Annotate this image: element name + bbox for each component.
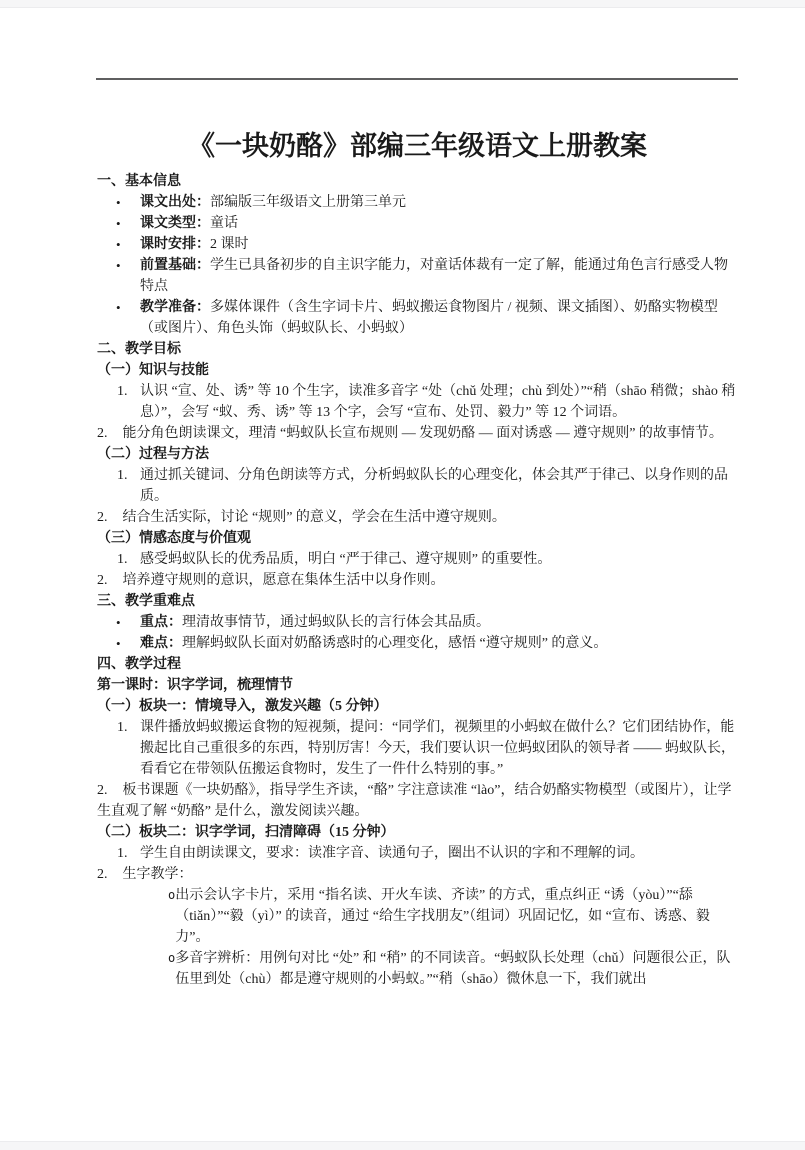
item-number: 2.: [97, 426, 108, 441]
bullet-item-materials: • 教学准备：多媒体课件（含生字词卡片、蚂蚁搬运食物图片 / 视频、课文插图）、…: [97, 297, 738, 339]
item-text: 结合生活实际，讨论 “规则” 的意义，学会在生活中遵守规则。: [123, 510, 506, 525]
circle-bullet-icon: o: [97, 948, 175, 990]
bullet-icon: •: [97, 234, 140, 255]
numbered-item-values-1: 1. 感受蚂蚁队长的优秀品质，明白 “严于律己、遵守规则” 的重要性。: [97, 549, 738, 570]
bullet-text: 课文出处：部编版三年级语文上册第三单元: [140, 192, 738, 213]
numbered-item-methods-1: 1. 通过抓关键词、分角色朗读等方式，分析蚂蚁队长的心理变化，体会其严于律己、以…: [97, 465, 738, 507]
bullet-text: 课文类型：童话: [140, 213, 738, 234]
bullet-item-source: • 课文出处：部编版三年级语文上册第三单元: [97, 192, 738, 213]
numbered-item-block1-1: 1. 课件播放蚂蚁搬运食物的短视频，提问：“同学们，视频里的小蚂蚁在做什么？它们…: [97, 717, 738, 780]
numbered-item-methods-2: 2.结合生活实际，讨论 “规则” 的意义，学会在生活中遵守规则。: [97, 507, 738, 528]
item-value: 理解蚂蚁队长面对奶酪诱惑时的心理变化，感悟 “遵守规则” 的意义。: [182, 636, 607, 651]
bullet-item-type: • 课文类型：童话: [97, 213, 738, 234]
item-text: 通过抓关键词、分角色朗读等方式，分析蚂蚁队长的心理变化，体会其严于律己、以身作则…: [140, 465, 738, 507]
item-number: 1.: [117, 381, 140, 423]
bullet-icon: •: [97, 612, 140, 633]
item-number: 2.: [97, 783, 108, 798]
numbered-item-values-2: 2.培养遵守规则的意识，愿意在集体生活中以身作则。: [97, 570, 738, 591]
item-text: 能分角色朗读课文，理清 “蚂蚁队长宣布规则 — 发现奶酪 — 面对诱惑 — 遵守…: [123, 426, 723, 441]
bullet-icon: •: [97, 255, 140, 297]
header-divider: [96, 78, 738, 80]
item-label: 前置基础：: [140, 258, 210, 273]
item-label: 难点：: [140, 636, 182, 651]
numbered-item-block1-2: 2.板书课题《一块奶酪》，指导学生齐读，“酪” 字注意读准 “lào”，结合奶酪…: [97, 780, 738, 822]
document-page: 《一块奶酪》部编三年级语文上册教案 一、基本信息 • 课文出处：部编版三年级语文…: [0, 0, 805, 1150]
section-heading-keypoints: 三、教学重难点: [97, 591, 738, 612]
block1-heading: （一）板块一：情境导入，激发兴趣（5 分钟）: [97, 696, 738, 717]
item-value: 多媒体课件（含生字词卡片、蚂蚁搬运食物图片 / 视频、课文插图）、奶酪实物模型（…: [140, 300, 718, 336]
bullet-item-key-point: • 重点：理清故事情节，通过蚂蚁队长的言行体会其品质。: [97, 612, 738, 633]
bullet-icon: •: [97, 192, 140, 213]
section-heading-goals: 二、教学目标: [97, 339, 738, 360]
bullet-item-prerequisite: • 前置基础：学生已具备初步的自主识字能力，对童话体裁有一定了解，能通过角色言行…: [97, 255, 738, 297]
item-number: 2.: [97, 573, 108, 588]
section-heading-basic-info: 一、基本信息: [97, 171, 738, 192]
numbered-item-block2-1: 1. 学生自由朗读课文，要求：读准字音、读通句子，圈出不认识的字和不理解的词。: [97, 843, 738, 864]
bullet-text: 难点：理解蚂蚁队长面对奶酪诱惑时的心理变化，感悟 “遵守规则” 的意义。: [140, 633, 738, 654]
item-number: 1.: [117, 843, 140, 864]
document-content: 《一块奶酪》部编三年级语文上册教案 一、基本信息 • 课文出处：部编版三年级语文…: [97, 128, 738, 990]
item-number: 1.: [117, 465, 140, 507]
item-text: 学生自由朗读课文，要求：读准字音、读通句子，圈出不认识的字和不理解的词。: [140, 843, 738, 864]
bullet-item-difficult-point: • 难点：理解蚂蚁队长面对奶酪诱惑时的心理变化，感悟 “遵守规则” 的意义。: [97, 633, 738, 654]
item-number: 2.: [97, 867, 108, 882]
item-text: 课件播放蚂蚁搬运食物的短视频，提问：“同学们，视频里的小蚂蚁在做什么？它们团结协…: [140, 717, 738, 780]
item-text: 认识 “宣、处、诱” 等 10 个生字，读准多音字 “处（chǔ 处理；chù …: [140, 381, 738, 423]
item-text: 出示会认字卡片，采用 “指名读、开火车读、齐读” 的方式，重点纠正 “诱（yòu…: [175, 885, 738, 948]
item-value: 理清故事情节，通过蚂蚁队长的言行体会其品质。: [182, 615, 490, 630]
item-value: 童话: [210, 216, 238, 231]
item-label: 重点：: [140, 615, 182, 630]
circle-bullet-icon: o: [97, 885, 175, 948]
item-value: 2 课时: [210, 237, 249, 252]
bullet-icon: •: [97, 297, 140, 339]
item-value: 学生已具备初步的自主识字能力，对童话体裁有一定了解，能通过角色言行感受人物特点: [140, 258, 728, 294]
item-text: 感受蚂蚁队长的优秀品质，明白 “严于律己、遵守规则” 的重要性。: [140, 549, 738, 570]
bullet-text: 前置基础：学生已具备初步的自主识字能力，对童话体裁有一定了解，能通过角色言行感受…: [140, 255, 738, 297]
item-text: 多音字辨析：用例句对比 “处” 和 “稍” 的不同读音。“蚂蚁队长处理（chǔ）…: [175, 948, 738, 990]
item-number: 2.: [97, 510, 108, 525]
sub-bullet-item-polyphone: o 多音字辨析：用例句对比 “处” 和 “稍” 的不同读音。“蚂蚁队长处理（ch…: [97, 948, 738, 990]
item-label: 课时安排：: [140, 237, 210, 252]
bullet-text: 教学准备：多媒体课件（含生字词卡片、蚂蚁搬运食物图片 / 视频、课文插图）、奶酪…: [140, 297, 738, 339]
item-label: 课文类型：: [140, 216, 210, 231]
sub-bullet-item-flashcards: o 出示会认字卡片，采用 “指名读、开火车读、齐读” 的方式，重点纠正 “诱（y…: [97, 885, 738, 948]
section-heading-process: 四、教学过程: [97, 654, 738, 675]
page-gap-bottom: [0, 1141, 805, 1150]
subsection-heading-methods: （二）过程与方法: [97, 444, 738, 465]
numbered-item-knowledge-2: 2.能分角色朗读课文，理清 “蚂蚁队长宣布规则 — 发现奶酪 — 面对诱惑 — …: [97, 423, 738, 444]
document-title: 《一块奶酪》部编三年级语文上册教案: [97, 128, 738, 164]
item-text: 生字教学：: [123, 867, 193, 882]
page-gap-top: [0, 0, 805, 8]
subsection-heading-values: （三）情感态度与价值观: [97, 528, 738, 549]
bullet-text: 重点：理清故事情节，通过蚂蚁队长的言行体会其品质。: [140, 612, 738, 633]
bullet-text: 课时安排：2 课时: [140, 234, 738, 255]
subsection-heading-knowledge: （一）知识与技能: [97, 360, 738, 381]
item-number: 1.: [117, 717, 140, 780]
bullet-item-schedule: • 课时安排：2 课时: [97, 234, 738, 255]
lesson1-title: 第一课时：识字学词，梳理情节: [97, 675, 738, 696]
bullet-icon: •: [97, 213, 140, 234]
item-label: 课文出处：: [140, 195, 210, 210]
item-text: 板书课题《一块奶酪》，指导学生齐读，“酪” 字注意读准 “lào”，结合奶酪实物…: [97, 783, 731, 819]
item-label: 教学准备：: [140, 300, 210, 315]
numbered-item-block2-2: 2.生字教学：: [97, 864, 738, 885]
bullet-icon: •: [97, 633, 140, 654]
item-value: 部编版三年级语文上册第三单元: [210, 195, 406, 210]
item-number: 1.: [117, 549, 140, 570]
numbered-item-knowledge-1: 1. 认识 “宣、处、诱” 等 10 个生字，读准多音字 “处（chǔ 处理；c…: [97, 381, 738, 423]
item-text: 培养遵守规则的意识，愿意在集体生活中以身作则。: [123, 573, 445, 588]
block2-heading: （二）板块二：识字学词，扫清障碍（15 分钟）: [97, 822, 738, 843]
